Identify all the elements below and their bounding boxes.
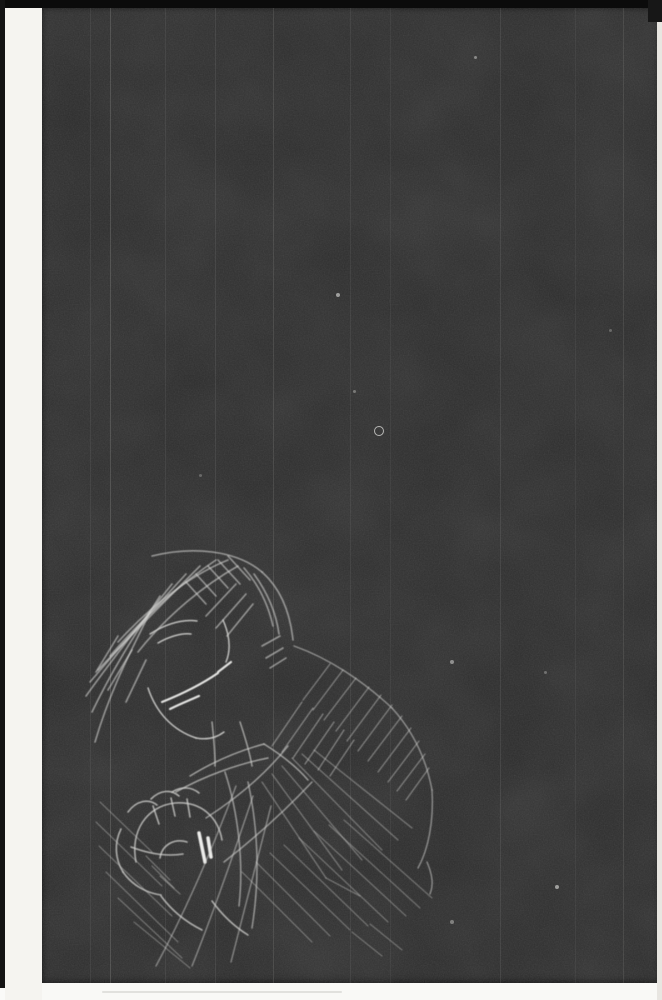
- top-edge-bar: [0, 0, 662, 8]
- dust-speck: [544, 671, 547, 674]
- dust-speck: [336, 293, 340, 297]
- illustration-panel: [42, 8, 657, 983]
- dust-speck: [609, 329, 612, 332]
- dust-speck: [555, 885, 559, 889]
- smudge-mark: [102, 991, 342, 993]
- dust-specks-layer: [42, 8, 657, 983]
- dust-speck: [450, 660, 454, 664]
- dust-speck: [353, 390, 356, 393]
- dust-speck: [474, 56, 477, 59]
- right-margin-sliver: [657, 22, 662, 1000]
- left-margin-strip: [5, 8, 42, 1000]
- dust-speck: [450, 920, 454, 924]
- scanned-page: [0, 0, 662, 1000]
- bottom-margin-strip: [42, 983, 657, 1000]
- ring-speck: [374, 426, 384, 436]
- dust-speck: [199, 474, 202, 477]
- top-right-corner-patch: [648, 0, 662, 22]
